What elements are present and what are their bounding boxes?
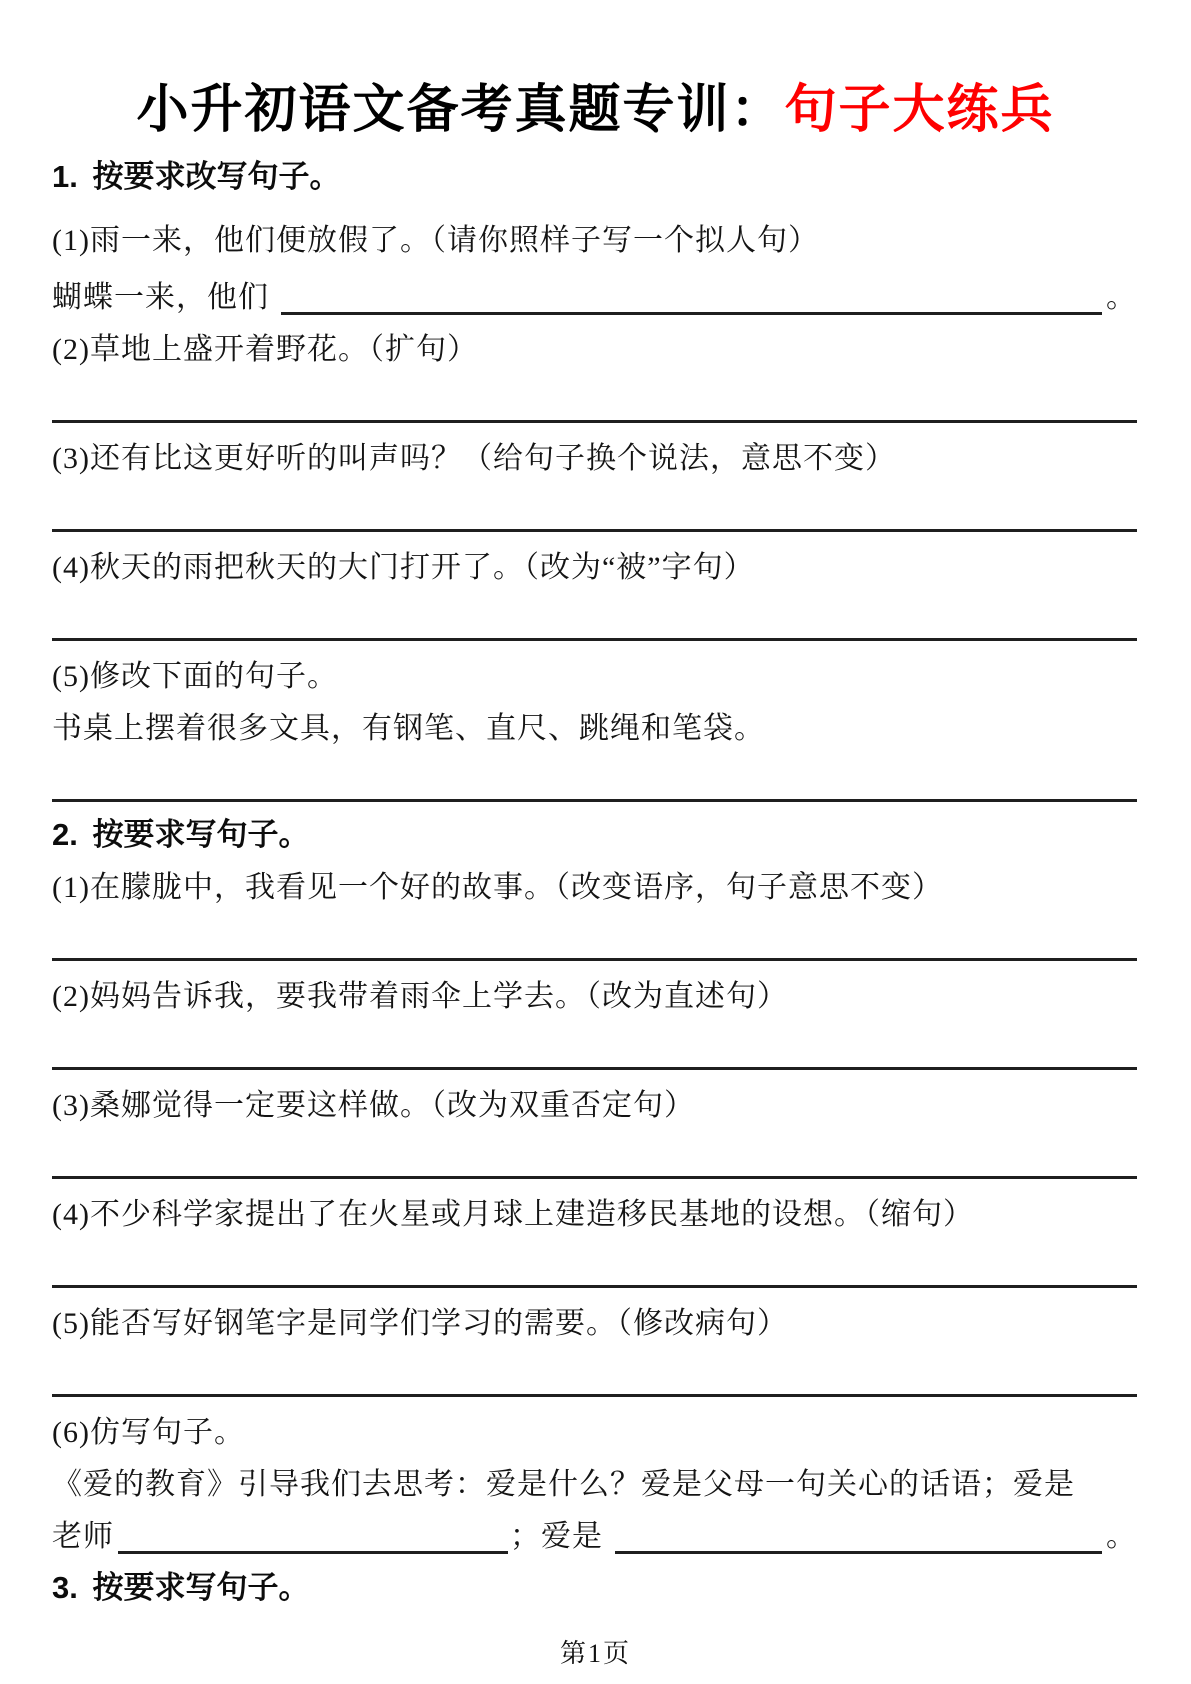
worksheet-body: 1. 按要求改写句子。 (1)雨一来，他们便放假了。（请你照样子写一个拟人句） …: [0, 154, 1191, 1611]
answer-line: [52, 1067, 1137, 1070]
fill-blank-underline: [615, 1515, 1102, 1554]
section-3-heading: 3. 按要求写句子。: [52, 1565, 1137, 1611]
page-title: 小升初语文备考真题专训：句子大练兵: [0, 0, 1191, 140]
page-number: 第1页: [0, 1633, 1191, 1670]
fill-part1: 老师: [52, 1511, 114, 1563]
question-2-3: (3)桑娜觉得一定要这样做。（改为双重否定句）: [52, 1080, 1137, 1132]
section-1-heading: 1. 按要求改写句子。: [52, 154, 1137, 200]
question-1-4: (4)秋天的雨把秋天的大门打开了。（改为“被”字句）: [52, 542, 1137, 594]
worksheet-page: 小升初语文备考真题专训：句子大练兵 1. 按要求改写句子。 (1)雨一来，他们便…: [0, 0, 1191, 1684]
question-2-4: (4)不少科学家提出了在火星或月球上建造移民基地的设想。（缩句）: [52, 1189, 1137, 1241]
fill-mid: ；爱是: [510, 1511, 603, 1563]
question-1-5: (5)修改下面的句子。: [52, 651, 1137, 703]
title-highlight: 句子大练兵: [785, 81, 1055, 139]
section-2-heading: 2. 按要求写句子。: [52, 812, 1137, 858]
answer-line: [52, 958, 1137, 961]
question-1-3: (3)还有比这更好听的叫声吗？（给句子换个说法，意思不变）: [52, 433, 1137, 485]
question-2-5: (5)能否写好钢笔字是同学们学习的需要。（修改病句）: [52, 1298, 1137, 1350]
question-2-6-fill-row: 老师 ；爱是 。: [52, 1511, 1137, 1563]
fill-blank-underline: [118, 1515, 508, 1554]
fill-prefix: 蝴蝶一来，他们: [52, 272, 269, 324]
question-2-2: (2)妈妈告诉我，要我带着雨伞上学去。（改为直述句）: [52, 971, 1137, 1023]
question-1-5-sentence: 书桌上摆着很多文具，有钢笔、直尺、跳绳和笔袋。: [52, 703, 1137, 755]
answer-line: [52, 420, 1137, 423]
answer-line: [52, 638, 1137, 641]
question-2-6-sentence: 《爱的教育》引导我们去思考：爱是什么？爱是父母一句关心的话语；爱是: [52, 1459, 1137, 1511]
question-1-1-fill-row: 蝴蝶一来，他们 。: [52, 272, 1137, 324]
fill-suffix: 。: [1106, 1511, 1137, 1563]
question-1-2: (2)草地上盛开着野花。（扩句）: [52, 324, 1137, 376]
fill-suffix: 。: [1106, 272, 1137, 324]
title-text: 小升初语文备考真题专训：: [136, 81, 784, 139]
answer-line: [52, 799, 1137, 802]
answer-line: [52, 1176, 1137, 1179]
answer-line: [52, 529, 1137, 532]
answer-line: [52, 1394, 1137, 1397]
question-2-6: (6)仿写句子。: [52, 1407, 1137, 1459]
question-2-1: (1)在朦胧中，我看见一个好的故事。（改变语序，句子意思不变）: [52, 862, 1137, 914]
question-1-1: (1)雨一来，他们便放假了。（请你照样子写一个拟人句）: [52, 215, 1137, 267]
fill-blank-underline: [281, 276, 1102, 315]
answer-line: [52, 1285, 1137, 1288]
